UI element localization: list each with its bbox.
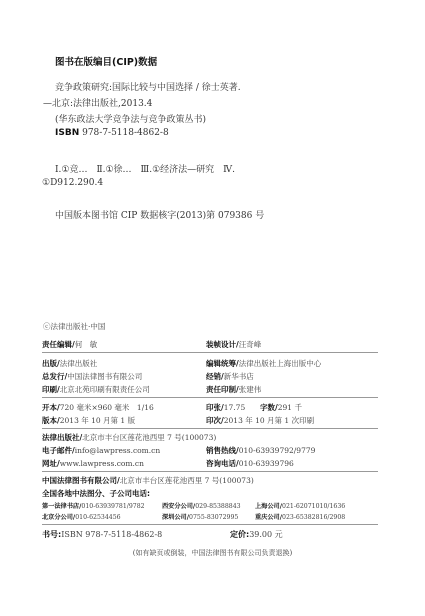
email-label: 电子邮件/ [42, 446, 75, 455]
publisher-label: 出版/ [42, 359, 60, 368]
divider [42, 428, 378, 429]
book-number-label: 书号: [42, 530, 61, 539]
print-charge-label: 责任印制/ [206, 385, 239, 394]
branch-label: 深圳公司/ [162, 514, 189, 521]
press-address: 北京市丰台区莲花池西里 7 号(100073) [82, 433, 216, 442]
cip-verification: 中国版本图书馆 CIP 数据核字(2013)第 079386 号 [55, 208, 264, 221]
editor-label: 责任编辑/ [42, 340, 75, 349]
copyright: ⓒ法律出版社·中国 [43, 321, 105, 332]
branch-phone: 023-65382816/2908 [282, 514, 345, 521]
return-note: (如有缺页或倒装，中国法律图书有限公司负责退换) [0, 548, 425, 558]
sheets: 17.75 [224, 403, 245, 412]
distributor: 中国法律图书有限公司 [67, 372, 142, 381]
branch-label: 第一法律书店/ [42, 503, 81, 510]
format: 720 毫米×960 毫米 1/16 [60, 403, 154, 412]
consult-phone: 010-63939796 [239, 459, 294, 468]
print-charge: 张建伟 [239, 385, 262, 394]
branch-phone: 010-62534456 [75, 514, 120, 521]
divider [42, 352, 378, 353]
publish-row-2: 总发行/中国法律图书有限公司 经销/新华书店 [42, 371, 378, 382]
price-label: 定价: [230, 530, 249, 539]
words-label: 字数/ [260, 403, 278, 412]
coordinator: 法律出版社上海出版中心 [239, 359, 322, 368]
contact-row-1: 电子邮件/info@lawpress.com.cn 销售热线/010-63939… [42, 445, 378, 456]
design: 汪奇峰 [239, 340, 262, 349]
hotline-label: 销售热线/ [206, 446, 239, 455]
price: 39.00 元 [249, 530, 282, 539]
branch-label: 北京分公司/ [42, 514, 75, 521]
consult-label: 咨询电话/ [206, 459, 239, 468]
company-address-row: 中国法律图书有限公司/北京市丰台区莲花池西里 7 号(100073) [42, 475, 378, 486]
divider [42, 524, 378, 525]
branch-phone: 029-85388843 [195, 503, 240, 510]
divider [42, 471, 378, 472]
press-address-row: 法律出版社/北京市丰台区莲花池西里 7 号(100073) [42, 432, 378, 443]
sheets-label: 印张/ [206, 403, 224, 412]
web-label: 网址/ [42, 459, 60, 468]
divider [42, 397, 378, 398]
seller-label: 经销/ [206, 372, 224, 381]
design-label: 装帧设计/ [206, 340, 239, 349]
branch-label: 重庆公司/ [255, 514, 282, 521]
contact-row-2: 网址/www.lawpress.com.cn 咨询电话/010-63939796 [42, 458, 378, 469]
press-label: 法律出版社/ [42, 433, 82, 442]
branch-label: 上海公司/ [255, 503, 282, 510]
isbn-label: ISBN [55, 128, 79, 138]
book-number: ISBN 978-7-5118-4862-8 [61, 530, 162, 539]
staff-row: 责任编辑/何 敏 装帧设计/汪奇峰 [42, 339, 378, 350]
company-address: 北京市丰台区莲花池西里 7 号(100073) [120, 476, 254, 485]
cip-classification: Ⅰ.①竞… Ⅱ.①徐… Ⅲ.①经济法—研究 Ⅳ. [55, 162, 235, 175]
specs-row-1: 开本/720 毫米×960 毫米 1/16 印张/17.75 字数/291 千 [42, 402, 378, 413]
hotline: 010-63939792/9779 [239, 446, 316, 455]
printer: 北京北苑印刷有限责任公司 [60, 385, 150, 394]
branches-heading-text: 全国各地中法图分、子公司电话: [42, 489, 150, 498]
branches-row-1: 第一法律书店/010-63939781/9782 西安分公司/029-85388… [42, 501, 378, 510]
branches-row-2: 北京分公司/010-62534456 深圳公司/0755-83072995 重庆… [42, 512, 378, 521]
publisher: 法律出版社 [60, 359, 98, 368]
cip-book-title: 竞争政策研究:国际比较与中国选择 / 徐士英著. [55, 80, 241, 93]
format-label: 开本/ [42, 403, 60, 412]
cip-isbn: ISBN 978-7-5118-4862-8 [55, 128, 169, 138]
isbn-value: 978-7-5118-4862-8 [79, 128, 168, 138]
seller: 新华书店 [224, 372, 254, 381]
impression-label: 印次/ [206, 416, 224, 425]
coordinator-label: 编辑统筹/ [206, 359, 239, 368]
words: 291 千 [278, 403, 302, 412]
cip-publisher-line: —北京:法律出版社,2013.4 [43, 96, 152, 109]
branches-heading: 全国各地中法图分、子公司电话: [42, 488, 378, 499]
cip-title: 图书在版编目(CIP)数据 [55, 54, 157, 68]
branch-phone: 0755-83072995 [189, 514, 238, 521]
book-number-row: 书号:ISBN 978-7-5118-4862-8 定价:39.00 元 [42, 529, 378, 540]
branch-label: 西安分公司/ [162, 503, 195, 510]
cip-series: (华东政法大学竞争法与竞争政策丛书) [55, 112, 206, 125]
editor: 何 敏 [75, 340, 98, 349]
branch-phone: 021-62071010/1636 [282, 503, 345, 510]
cip-class-number: ①D912.290.4 [42, 178, 103, 188]
printer-label: 印刷/ [42, 385, 60, 394]
company-label: 中国法律图书有限公司/ [42, 476, 120, 485]
website: www.lawpress.com.cn [60, 459, 144, 468]
specs-row-2: 版本/2013 年 10 月第 1 版 印次/2013 年 10 月第 1 次印… [42, 415, 378, 426]
edition-label: 版本/ [42, 416, 60, 425]
design-group: 装帧设计/汪奇峰 [206, 339, 261, 350]
publish-row-3: 印刷/北京北苑印刷有限责任公司 责任印制/张建伟 [42, 384, 378, 395]
email: info@lawpress.com.cn [75, 446, 160, 455]
branch-phone: 010-63939781/9782 [81, 503, 144, 510]
publish-row-1: 出版/法律出版社 编辑统筹/法律出版社上海出版中心 [42, 358, 378, 369]
impression: 2013 年 10 月第 1 次印刷 [224, 416, 314, 425]
edition: 2013 年 10 月第 1 版 [60, 416, 135, 425]
distributor-label: 总发行/ [42, 372, 67, 381]
